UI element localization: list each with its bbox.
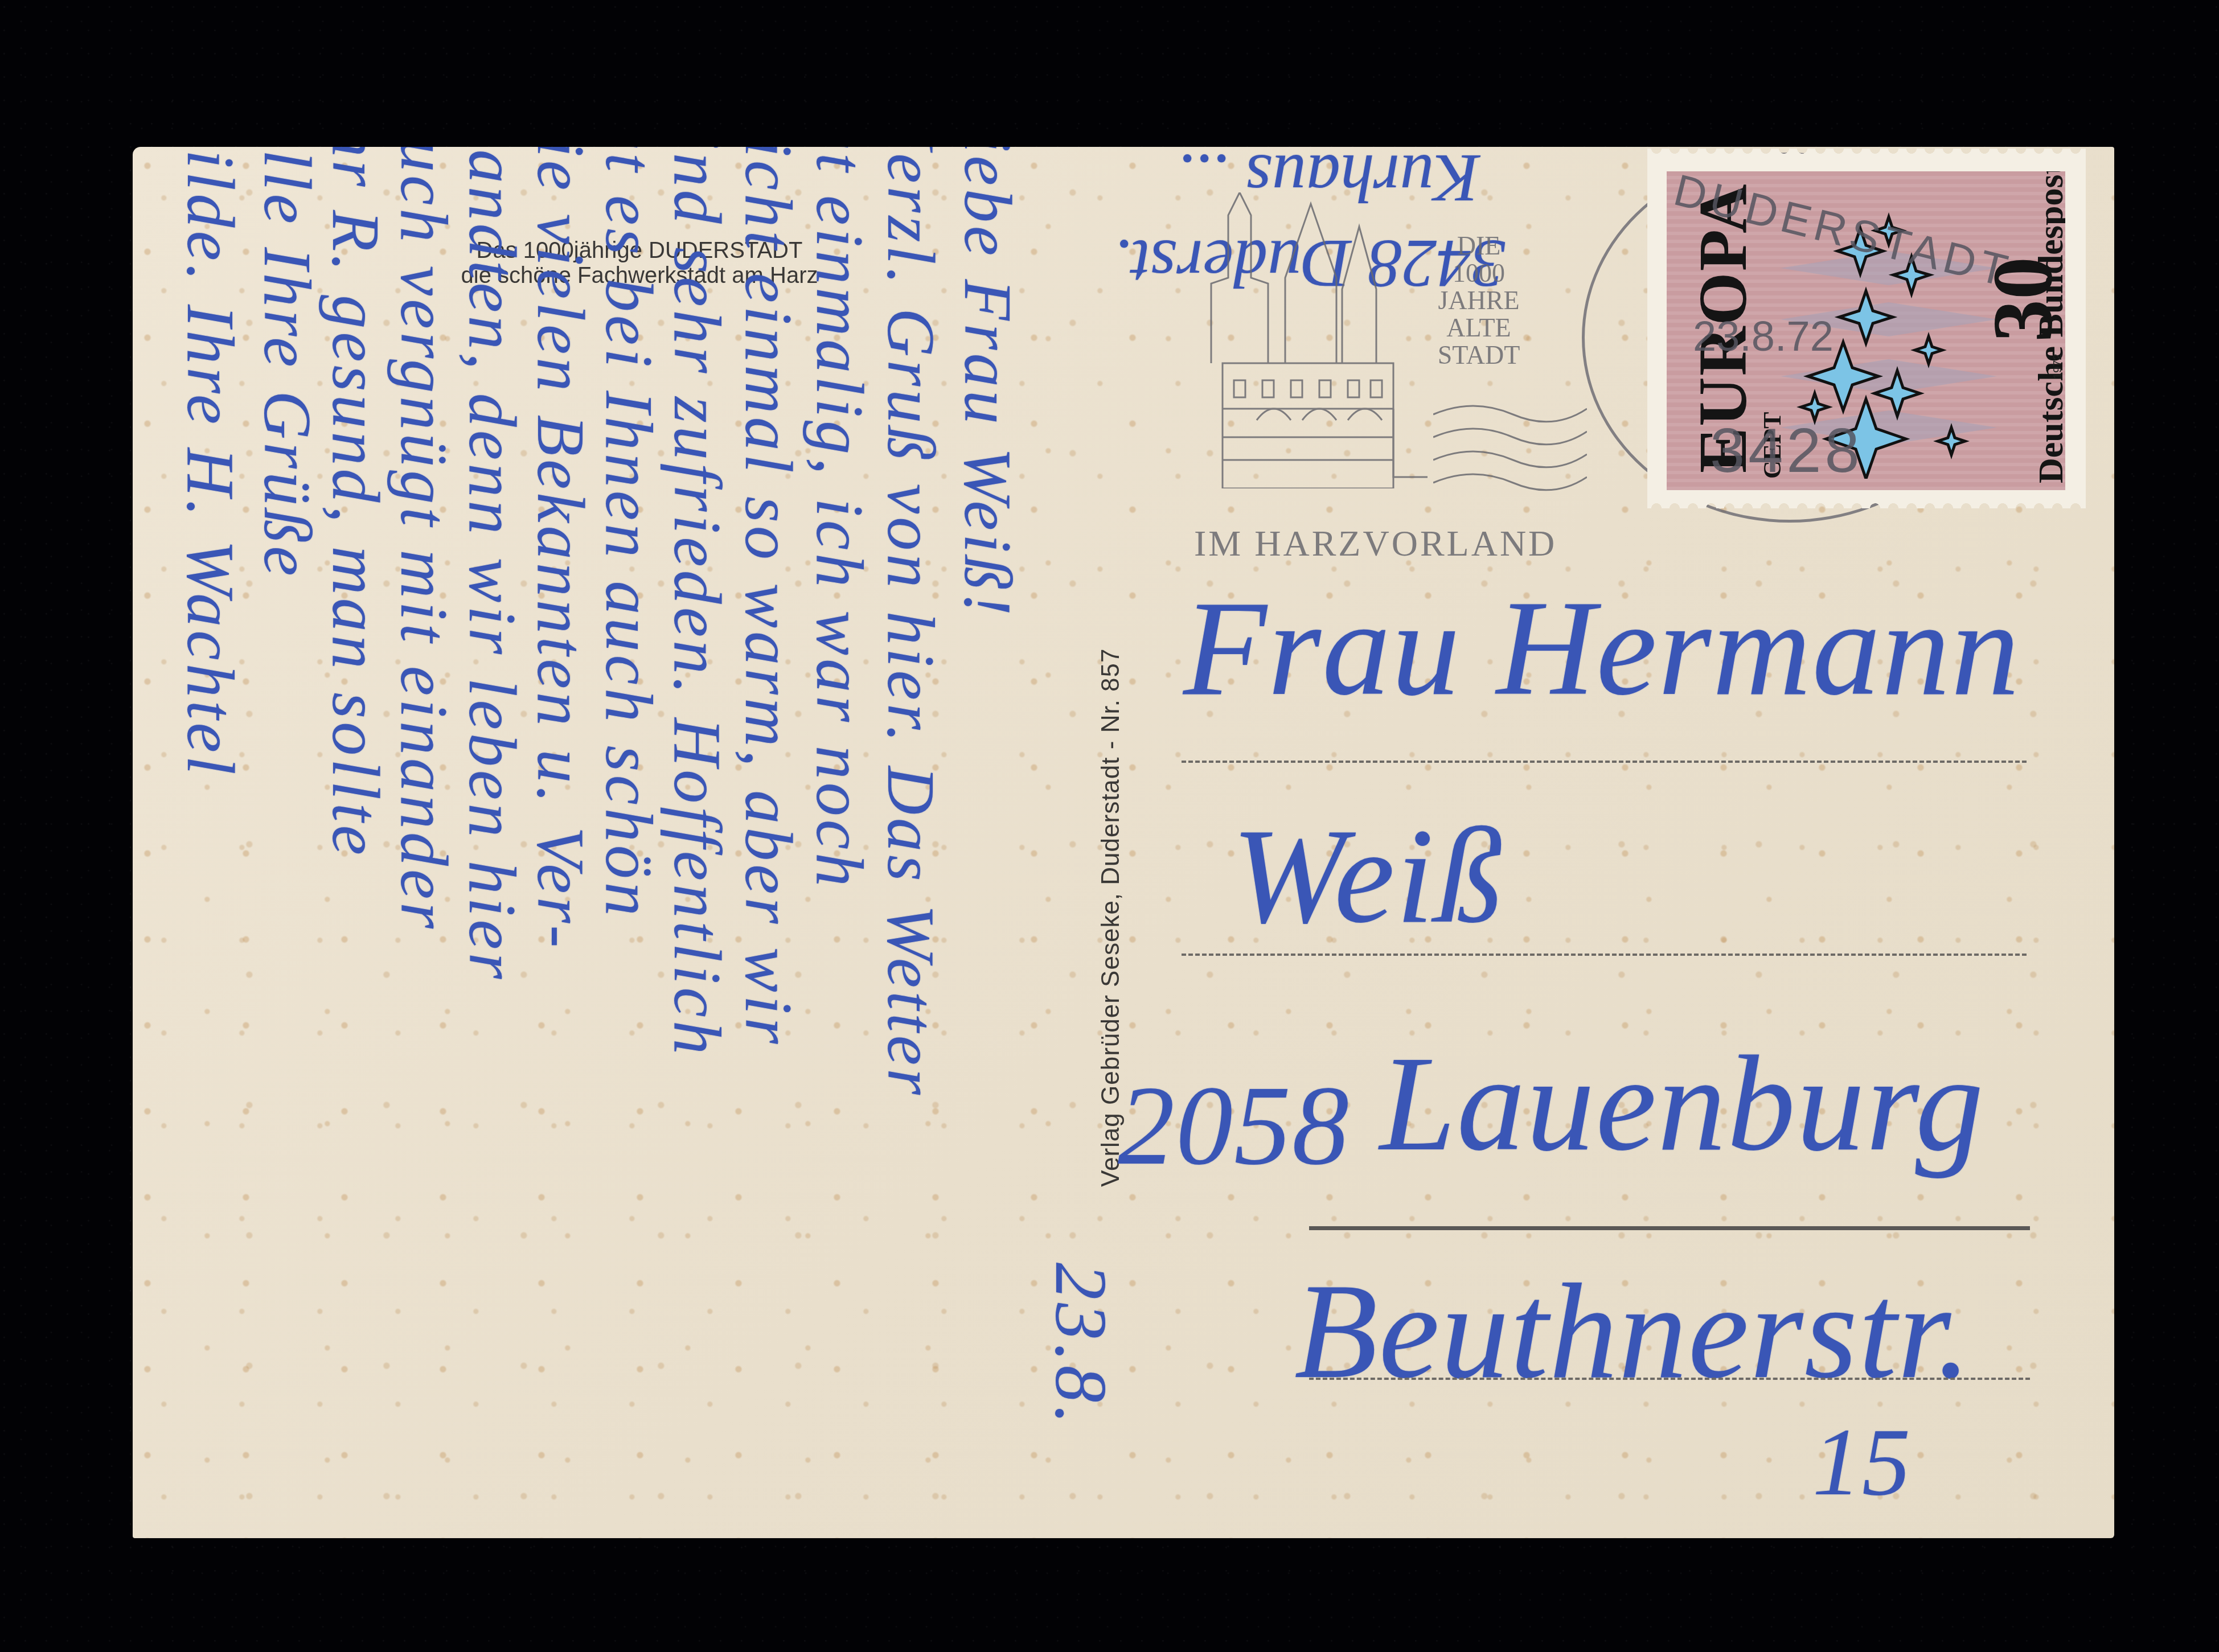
- address-line-2: Weiß: [1232, 807, 1504, 944]
- postcard-back: Das 1000jährige DUDERSTADT die schöne Fa…: [133, 147, 2114, 1538]
- slogan-region: IM HARZVORLAND: [1194, 523, 1557, 565]
- message-line-10: ihr R. gesund, man sollte: [322, 147, 389, 858]
- address-rule-2: [1182, 954, 2027, 956]
- slogan-stadt: STADT: [1422, 342, 1536, 369]
- message-date: 23.8.: [1044, 1263, 1118, 1428]
- message-line-11: alle Ihre Grüße: [253, 147, 321, 580]
- address-city: Lauenburg: [1380, 1035, 1985, 1172]
- message-line-1: Liebe Frau Weiß!: [954, 147, 1021, 619]
- address-rule-3: [1309, 1226, 2030, 1230]
- message-line-6: ist es bei Ihnen auch schön: [595, 147, 662, 919]
- town-hall-illustration-icon: [1188, 192, 1428, 488]
- slogan-alte: ALTE: [1422, 314, 1536, 342]
- postmark-slogan: DIE 1000 JAHRE ALTE STADT IM HARZVORLAND: [1188, 158, 1587, 568]
- address-postcode: 2058: [1118, 1069, 1350, 1183]
- address-line-1: Frau Hermann: [1183, 580, 2021, 716]
- slogan-1000: 1000: [1422, 260, 1536, 287]
- address-rule-1: [1182, 761, 2027, 763]
- slogan-text: DIE 1000 JAHRE ALTE STADT: [1422, 232, 1536, 369]
- cancellation-date: 23.8.72: [1693, 312, 1834, 360]
- slogan-die: DIE: [1422, 232, 1536, 260]
- address-rule-4: [1309, 1378, 2030, 1380]
- message-line-8: wandten, denn wir leben hier: [458, 147, 526, 983]
- message-line-3: ist einmalig, ich war noch: [806, 147, 873, 890]
- message-line-4: nicht einmal so warm, aber wir: [735, 147, 802, 1047]
- message-line-2: Herzl. Gruß von hier. Das Wetter: [877, 147, 944, 1098]
- slogan-jahre: JAHRE: [1422, 287, 1536, 314]
- message-line-5: sind sehr zufrieden. Hoffentlich: [663, 147, 731, 1058]
- message-line-9: auch vergnügt mit einander: [390, 147, 457, 932]
- address-line-5: 15: [1812, 1413, 1912, 1510]
- stamp-year: 1972: [2052, 354, 2065, 380]
- stamp-country: Deutsche Bundespost: [2031, 171, 2065, 483]
- cancellation-postcode: 3428: [1710, 414, 1863, 487]
- message-line-7: die vielen Bekannten u. Ver-: [527, 147, 594, 951]
- wavy-cancel-lines-icon: [1433, 392, 1587, 506]
- message-line-12: bilde. Ihre H. Wachtel: [177, 147, 244, 778]
